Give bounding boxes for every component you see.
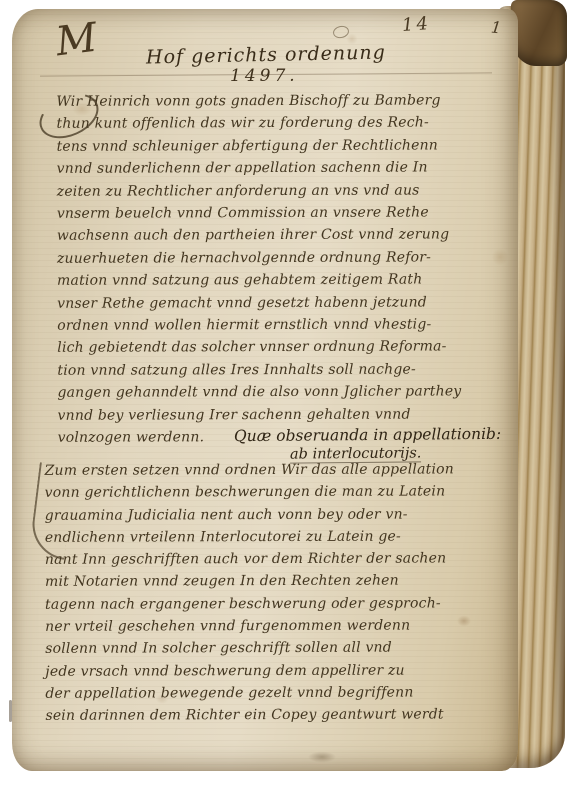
- manuscript-line: ordnen vnnd wollen hiermit ernstlich vnn…: [57, 313, 507, 337]
- book-corner-edge: [511, 0, 567, 66]
- folio-number: 14: [401, 13, 431, 36]
- manuscript-line: sein darinnen dem Richter ein Copey gean…: [45, 703, 511, 727]
- manuscript-line: ner vrteil geschehen vnnd furgenommen we…: [45, 614, 511, 638]
- manuscript-scan: M Hof gerichts ordenung 1497. 14 1 Wir H…: [0, 0, 577, 800]
- latin-section-heading: Quæ obseruanda in appellationib:: [234, 425, 501, 445]
- manuscript-line: tens vnnd schleuniger abfertigung der Re…: [57, 134, 507, 158]
- monogram-initial: M: [54, 18, 100, 63]
- heading-year: 1497.: [230, 66, 299, 86]
- manuscript-line: vonn gerichtlichenn beschwerungen die ma…: [45, 480, 511, 504]
- left-edge-mark: [9, 700, 12, 722]
- leaf-number: 1: [490, 18, 502, 38]
- manuscript-line: Zum ersten setzen vnnd ordnen Wir das al…: [45, 458, 511, 482]
- manuscript-line: vnserm beuelch vnnd Commission an vnsere…: [57, 201, 507, 225]
- paragraph-2: Zum ersten setzen vnnd ordnen Wir das al…: [45, 458, 512, 727]
- manuscript-line: zuuerhueten die hernachvolgennde ordnung…: [57, 246, 507, 270]
- manuscript-line: zeiten zu Rechtlicher anforderung an vns…: [57, 179, 507, 203]
- manuscript-line: tagenn nach ergangener beschwerung oder …: [45, 592, 511, 616]
- manuscript-line: tion vnnd satzung alles Ires Innhalts so…: [57, 358, 507, 382]
- manuscript-line: vnnd sunderlichenn der appellation sache…: [57, 156, 507, 180]
- manuscript-line: der appellation bewegende gezelt vnnd be…: [45, 681, 511, 705]
- paragraph-1: Wir Heinrich vonn gots gnaden Bischoff z…: [56, 89, 507, 449]
- manuscript-line: mation vnnd satzung aus gehabtem zeitige…: [57, 268, 507, 292]
- manuscript-line: nant Inn geschrifften auch vor dem Richt…: [45, 547, 511, 571]
- manuscript-line: Wir Heinrich vonn gots gnaden Bischoff z…: [56, 89, 506, 113]
- manuscript-line: vnser Rethe gemacht vnnd gesetzt habenn …: [57, 291, 507, 315]
- manuscript-line: endlichenn vrteilenn Interlocutorei zu L…: [45, 525, 511, 549]
- manuscript-line: thun kunt offenlich das wir zu forderung…: [56, 112, 506, 136]
- manuscript-line: lich gebietendt das solcher vnnser ordnu…: [57, 336, 507, 360]
- manuscript-line: mit Notarien vnnd zeugen In den Rechten …: [45, 570, 511, 594]
- manuscript-line: wachsenn auch den partheien ihrer Cost v…: [57, 224, 507, 248]
- manuscript-line: vnnd bey verliesung Irer sachenn gehalte…: [57, 403, 507, 427]
- manuscript-line: gangen gehanndelt vnnd die also vonn Jgl…: [57, 380, 507, 404]
- manuscript-line: sollenn vnnd In solcher geschrifft solle…: [45, 637, 511, 661]
- manuscript-line: jede vrsach vnnd beschwerung dem appelli…: [45, 659, 511, 683]
- manuscript-line: grauamina Judicialia nent auch vonn bey …: [45, 503, 511, 527]
